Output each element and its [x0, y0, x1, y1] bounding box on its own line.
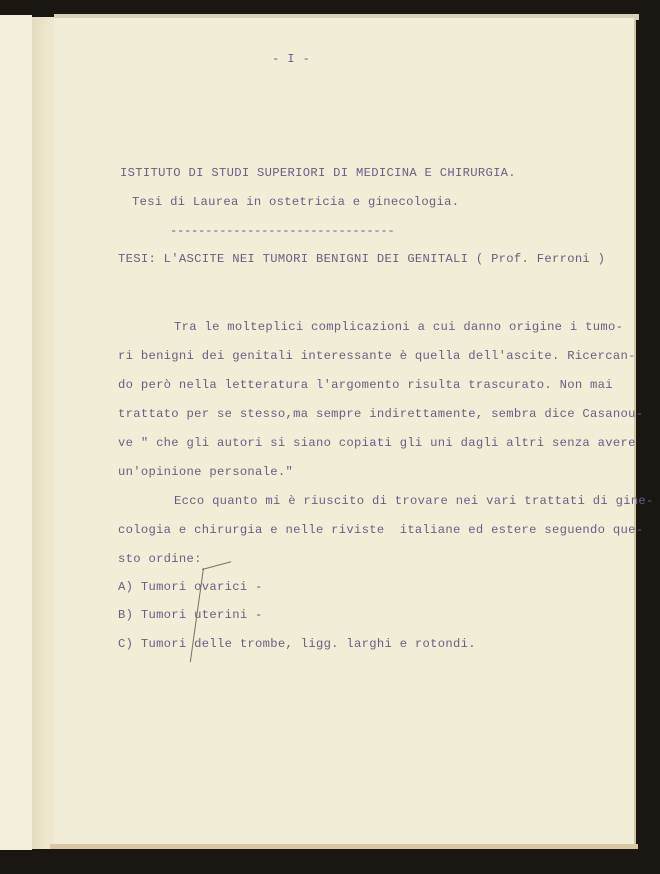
- paragraph1-line: trattato per se stesso,ma sempre indiret…: [118, 407, 643, 421]
- thesis-type: Tesi di Laurea in ostetricia e ginecolog…: [132, 195, 459, 209]
- paragraph1-line: ri benigni dei genitali interessante è q…: [118, 349, 636, 363]
- institute-heading: ISTITUTO DI STUDI SUPERIORI DI MEDICINA …: [120, 166, 516, 180]
- binding-gutter: [32, 17, 56, 849]
- paragraph1-line: ve " che gli autori si siano copiati gli…: [118, 436, 636, 450]
- paragraph2-line: cologia e chirurgia e nelle riviste ital…: [118, 523, 643, 537]
- facing-page-edge: [0, 15, 32, 850]
- thesis-title: TESI: L'ASCITE NEI TUMORI BENIGNI DEI GE…: [118, 252, 605, 266]
- paragraph1-line: Tra le molteplici complicazioni a cui da…: [174, 320, 623, 334]
- list-item-c: C) Tumori delle trombe, ligg. larghi e r…: [118, 637, 476, 651]
- document-page: [54, 18, 634, 846]
- paragraph1-line: do però nella letteratura l'argomento ri…: [118, 378, 613, 392]
- list-item-b: B) Tumori uterini -: [118, 608, 263, 622]
- paragraph2-line: sto ordine:: [118, 552, 202, 566]
- page-bottom-edge: [50, 844, 638, 849]
- paragraph2-line: Ecco quanto mi è riuscito di trovare nei…: [174, 494, 654, 508]
- page-number: - I -: [272, 52, 310, 66]
- separator-line: --------------------------------: [170, 224, 394, 238]
- paragraph1-line: un'opinione personale.": [118, 465, 293, 479]
- list-item-a: A) Tumori ovarici -: [118, 580, 263, 594]
